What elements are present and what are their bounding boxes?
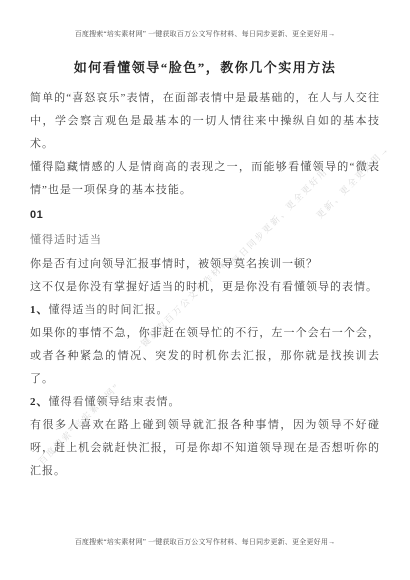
article-body: 简单的“喜怒哀乐”表情，在面部表情中是最基础的，在人与人交往中，学会察言观色是最… xyxy=(30,87,380,483)
tip-paragraph: 如果你的事情不急，你非赶在领导忙的不行，左一个会右一个会，或者各种紧急的情况、突… xyxy=(30,322,380,391)
section-number: 01 xyxy=(30,202,380,228)
promo-banner-bottom: 百度搜索“培实素材网” 一键获取百万公文写作材料、每日同步更新、更全更好用→ xyxy=(0,537,410,547)
tip-label: 懂得适当的时间汇报。 xyxy=(49,304,169,316)
document-page: 每日同步更新、更全更好用 一键获取百万公文写作材料 百度搜索“培实素材网” 更新… xyxy=(0,0,410,580)
section-heading: 懂得适时适当 xyxy=(30,228,380,253)
tip-item: 1、懂得适当的时间汇报。 xyxy=(30,299,380,322)
tip-number: 2、 xyxy=(30,396,49,408)
intro-paragraph: 懂得隐藏情感的人是情商高的表现之一，而能够看懂领导的“微表情”也是一项保身的基本… xyxy=(30,156,380,202)
article-title: 如何看懂领导“脸色”，教你几个实用方法 xyxy=(0,57,410,76)
tip-number: 1、 xyxy=(30,304,49,316)
intro-paragraph: 简单的“喜怒哀乐”表情，在面部表情中是最基础的，在人与人交往中，学会察言观色是最… xyxy=(30,87,380,156)
tip-item: 2、懂得看懂领导结束表情。 xyxy=(30,391,380,414)
tip-label: 懂得看懂领导结束表情。 xyxy=(49,396,181,408)
tip-paragraph: 有很多人喜欢在路上碰到领导就汇报各种事情，因为领导不好碰呀，赶上机会就赶快汇报，… xyxy=(30,414,380,483)
promo-banner-top: 百度搜索“培实素材网” 一键获取百万公文写作材料、每日同步更新、更全更好用→ xyxy=(0,29,410,39)
section-paragraph: 这不仅是你没有掌握好适当的时机，更是你没有看懂领导的表情。 xyxy=(30,276,380,299)
section-paragraph: 你是否有过向领导汇报事情时，被领导莫名挨训一顿？ xyxy=(30,253,380,276)
